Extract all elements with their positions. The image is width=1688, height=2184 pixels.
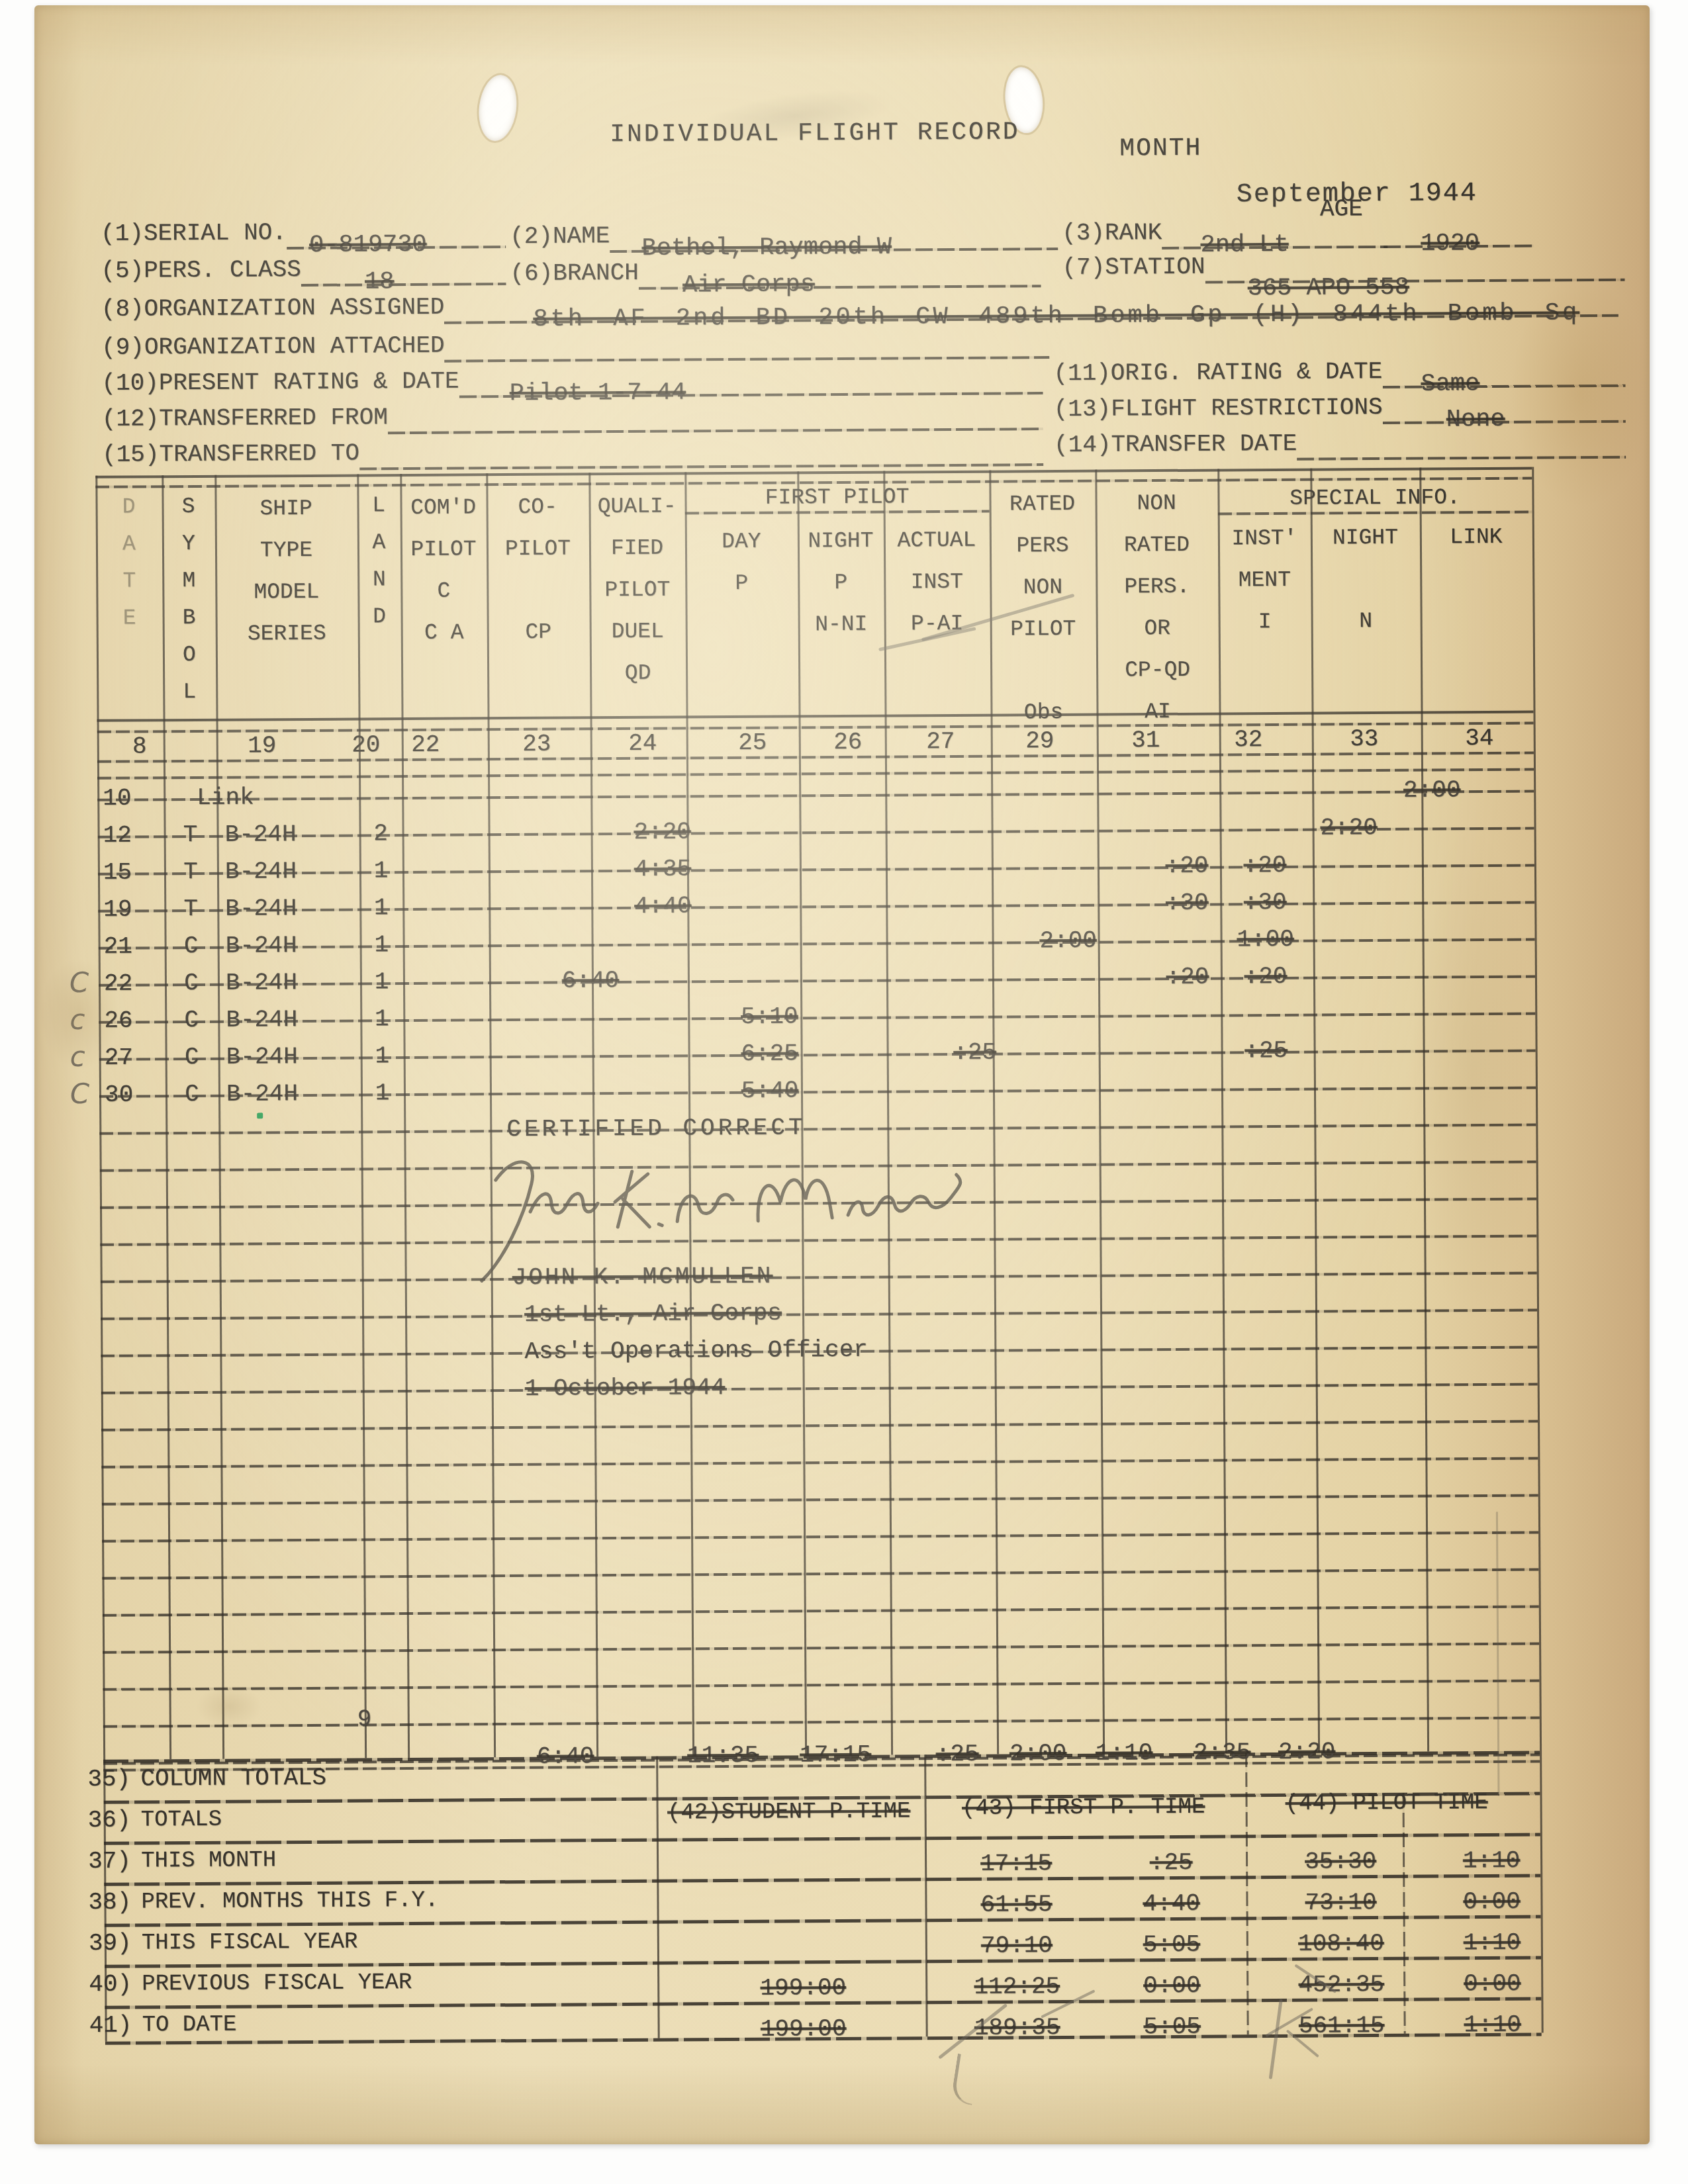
summary-header-first-pilot: (43) FIRST P. TIME xyxy=(944,1791,1222,1825)
cell-ship: B-24H xyxy=(224,819,296,851)
table-vertical-line xyxy=(1217,469,1227,1752)
cell-actual_inst: :25 xyxy=(925,1036,1024,1069)
summary-first-pilot-value-2: :25 xyxy=(1108,1846,1234,1879)
summary-pilot-value-1: 73:10 xyxy=(1278,1887,1403,1919)
column-total-non_rated: 1:10 xyxy=(1071,1737,1177,1770)
table-vertical-line xyxy=(486,473,496,1757)
column-header-comd_pilot: COM'D PILOT C C A xyxy=(400,486,487,654)
cell-date: 12 xyxy=(103,820,132,852)
summary-student-value: 199:00 xyxy=(741,2013,867,2046)
summary-header-pilot: (44) PILOT TIME xyxy=(1254,1787,1519,1820)
cell-land: 1 xyxy=(361,1040,404,1072)
cell-ship: B-24H xyxy=(225,856,297,888)
cell-land: 1 xyxy=(359,892,402,924)
cell-date: 22 xyxy=(104,968,133,1000)
summary-first-pilot-value-2: 5:05 xyxy=(1109,2011,1235,2043)
column-header-co_pilot: CO- PILOT CP xyxy=(486,486,590,653)
table-vertical-line xyxy=(1532,467,1543,2033)
cell-symbol: T xyxy=(164,893,217,925)
green-speck xyxy=(257,1113,263,1118)
column-header-day: DAY P xyxy=(685,520,798,604)
column-number-day: 25 xyxy=(710,728,796,758)
summary-row-label: COLUMN TOTALS xyxy=(140,1762,326,1796)
summary-first-pilot-value-1: 79:10 xyxy=(954,1930,1080,1962)
table-horizontal-line xyxy=(101,1383,1538,1394)
cell-date: 30 xyxy=(105,1079,134,1111)
column-total-day: 17:15 xyxy=(782,1739,888,1772)
cell-ship: B-24H xyxy=(226,967,297,999)
cell-land: 1 xyxy=(359,929,402,961)
cell-night2: 2:20 xyxy=(1299,812,1398,844)
column-number-night: 26 xyxy=(805,728,891,758)
summary-row-label: PREVIOUS FISCAL YEAR xyxy=(142,1967,412,2000)
summary-row-label: PREV. MONTHS THIS F.Y. xyxy=(141,1885,438,1919)
cell-instrument: :20 xyxy=(1215,850,1315,882)
cell-date: 26 xyxy=(104,1005,133,1037)
table-vertical-line xyxy=(214,475,224,1759)
cell-symbol: C xyxy=(165,968,218,999)
cell-quali: 4:40 xyxy=(613,890,712,923)
summary-row-num: 41) xyxy=(89,2010,132,2042)
column-number-ship: 19 xyxy=(219,731,305,761)
table-horizontal-line xyxy=(99,1124,1536,1135)
table-horizontal-line xyxy=(102,1531,1538,1543)
cell-ship: Link xyxy=(197,782,254,814)
table-vertical-line xyxy=(1310,469,1320,1752)
cell-ship: B-24H xyxy=(226,1078,298,1111)
summary-pilot-value-2: 1:10 xyxy=(1429,1927,1555,1959)
cell-date: 10 xyxy=(103,783,132,815)
column-header-ship: SHIP TYPE MODEL SERIES xyxy=(214,487,358,655)
column-header-quali: QUALI- FIED PILOT DUEL QD xyxy=(588,485,686,694)
column-header-date: D A T E xyxy=(95,488,162,637)
cell-ship: B-24H xyxy=(226,1004,297,1036)
summary-pilot-value-1: 452:35 xyxy=(1278,1969,1404,2001)
cell-symbol: C xyxy=(165,1079,218,1111)
cell-day: 5:40 xyxy=(720,1075,820,1107)
cell-rated: 2:00 xyxy=(1018,925,1117,957)
summary-row-num: 36) xyxy=(88,1805,131,1837)
column-number-non_rated: 31 xyxy=(1103,726,1189,756)
table-horizontal-line xyxy=(101,1457,1538,1469)
cell-symbol: C xyxy=(164,931,217,962)
cell-symbol: C xyxy=(165,1042,218,1073)
summary-student-value: 199:00 xyxy=(740,1972,866,2005)
column-header-instrument: INST' MENT I xyxy=(1218,518,1311,643)
column-number-link: 34 xyxy=(1436,724,1523,754)
pencil-date-prefix: C xyxy=(70,1078,90,1110)
cell-date: 27 xyxy=(105,1042,134,1074)
summary-first-pilot-value-2: 4:40 xyxy=(1108,1888,1234,1920)
cell-land: 1 xyxy=(361,1077,404,1109)
cell-land: 1 xyxy=(360,1003,403,1035)
table-horizontal-line xyxy=(98,901,1534,913)
summary-header-student: (42)STUDENT P.TIME xyxy=(650,1796,928,1829)
table-vertical-line xyxy=(883,471,893,1755)
table-horizontal-line xyxy=(103,1680,1539,1691)
column-header-symbol: S Y M B O L xyxy=(162,488,216,711)
summary-row-num: 37) xyxy=(88,1846,131,1878)
column-header-rated: RATED PERS NON PILOT Obs xyxy=(989,483,1096,734)
table-horizontal-line xyxy=(102,1569,1538,1580)
cell-ship: B-24H xyxy=(225,893,297,925)
cell-day: 5:10 xyxy=(720,1001,819,1033)
cell-land: 1 xyxy=(359,855,402,887)
column-number-actual_inst: 27 xyxy=(898,727,984,757)
summary-pilot-value-2: 1:10 xyxy=(1429,2009,1555,2041)
cell-date: 19 xyxy=(103,894,132,926)
cell-ship: B-24H xyxy=(225,930,297,962)
summary-pilot-value-2: 0:00 xyxy=(1429,1886,1554,1918)
certification-date: 1 October 1944 xyxy=(525,1371,726,1406)
cell-ship: B-24H xyxy=(226,1041,298,1073)
cell-symbol: C xyxy=(165,1005,218,1036)
table-horizontal-line xyxy=(97,711,1534,722)
table-horizontal-line xyxy=(103,1717,1540,1728)
column-number-date: 8 xyxy=(97,732,183,762)
cell-quali: 4:35 xyxy=(613,853,712,886)
cell-instrument: 1:00 xyxy=(1215,924,1315,956)
summary-row-num: 39) xyxy=(89,1928,132,1960)
column-header-land: L A N D xyxy=(357,487,400,635)
cell-quali: 2:20 xyxy=(612,816,712,848)
certified-correct-heading: CERTIFIED CORRECT xyxy=(506,1111,806,1147)
column-header-night2: NIGHT N xyxy=(1311,517,1421,643)
cell-day: 6:25 xyxy=(720,1038,820,1070)
cell-date: 21 xyxy=(103,931,132,963)
column-total-quali: 11:35 xyxy=(670,1740,776,1772)
summary-row-num: 38) xyxy=(88,1887,131,1919)
summary-row-label: TO DATE xyxy=(142,2009,236,2042)
column-number-night2: 33 xyxy=(1321,725,1407,754)
cell-date: 15 xyxy=(103,857,132,889)
column-number-quali: 24 xyxy=(600,729,686,758)
certifier-name: JOHN K. MCMULLEN xyxy=(512,1259,773,1295)
column-number-comd_pilot: 22 xyxy=(383,730,469,760)
table-vertical-line xyxy=(400,474,410,1758)
column-header-night: NIGHT P N-NI xyxy=(798,520,884,646)
cell-symbol: T xyxy=(164,819,216,851)
cell-land: 1 xyxy=(360,966,403,998)
table-horizontal-line xyxy=(101,1420,1538,1432)
column-header-non_rated: NON RATED PERS. OR CP-QD AI xyxy=(1095,482,1219,733)
column-number-instrument: 32 xyxy=(1205,725,1291,755)
summary-first-pilot-value-1: 61:55 xyxy=(953,1889,1079,1921)
summary-pilot-value-1: 108:40 xyxy=(1278,1928,1404,1960)
summary-pilot-value-2: 0:00 xyxy=(1429,1968,1555,2000)
table-horizontal-line xyxy=(99,938,1535,950)
cell-instrument: :30 xyxy=(1215,887,1315,919)
cell-land: 2 xyxy=(359,818,402,850)
cell-co_pilot: 6:40 xyxy=(541,965,640,997)
summary-first-pilot-value-1: 112:25 xyxy=(954,1971,1080,2003)
pencil-date-prefix: C xyxy=(70,967,89,999)
table-horizontal-line xyxy=(102,1494,1538,1506)
flight-record-table: FIRST PILOTSPECIAL INFO.D A T E8S Y M B … xyxy=(0,0,1688,2184)
summary-row-num: 35) xyxy=(87,1764,130,1796)
cell-instrument: :20 xyxy=(1216,961,1315,993)
pencil-date-prefix: c xyxy=(70,1004,85,1036)
form-content: INDIVIDUAL FLIGHT RECORD MONTH September… xyxy=(0,0,1688,2184)
summary-first-pilot-value-2: 5:05 xyxy=(1109,1929,1235,1961)
table-horizontal-line xyxy=(103,1643,1539,1654)
table-horizontal-line xyxy=(97,768,1534,780)
summary-row-label: THIS FISCAL YEAR xyxy=(142,1926,358,1959)
pencil-date-prefix: c xyxy=(70,1041,85,1073)
summary-first-pilot-value-1: 17:15 xyxy=(953,1848,1079,1880)
column-header-link: LINK xyxy=(1420,516,1532,559)
table-vertical-line xyxy=(357,474,367,1758)
cell-instrument: :25 xyxy=(1216,1035,1315,1068)
summary-row-label: TOTALS xyxy=(141,1804,222,1837)
summary-pilot-value-1: 35:30 xyxy=(1278,1846,1403,1878)
summary-pilot-value-2: 1:10 xyxy=(1429,1844,1554,1877)
table-horizontal-line xyxy=(97,790,1534,801)
cell-link: 2:00 xyxy=(1382,774,1481,807)
table-horizontal-line xyxy=(103,1606,1539,1617)
summary-first-pilot-value-2: 0:00 xyxy=(1109,1970,1235,2002)
summary-row-num: 40) xyxy=(89,1969,132,2001)
scan-background: INDIVIDUAL FLIGHT RECORD MONTH September… xyxy=(0,0,1688,2184)
certifier-rank: 1st Lt., Air Corps xyxy=(524,1297,782,1332)
table-horizontal-line xyxy=(104,1833,1540,1845)
cell-symbol: T xyxy=(164,856,217,888)
table-horizontal-line xyxy=(99,976,1535,987)
certifier-title: Ass't Operations Officer xyxy=(524,1333,868,1369)
table-vertical-line xyxy=(1419,468,1429,1752)
column-total-night2: 2:20 xyxy=(1254,1736,1360,1768)
column-number-rated: 29 xyxy=(997,727,1083,756)
column-total-co_pilot: 6:40 xyxy=(512,1741,618,1773)
stray-digit: 9 xyxy=(357,1704,372,1735)
summary-row-label: THIS MONTH xyxy=(141,1844,276,1877)
table-horizontal-line xyxy=(101,1309,1537,1320)
table-horizontal-line xyxy=(98,864,1534,876)
column-number-co_pilot: 23 xyxy=(494,729,580,759)
